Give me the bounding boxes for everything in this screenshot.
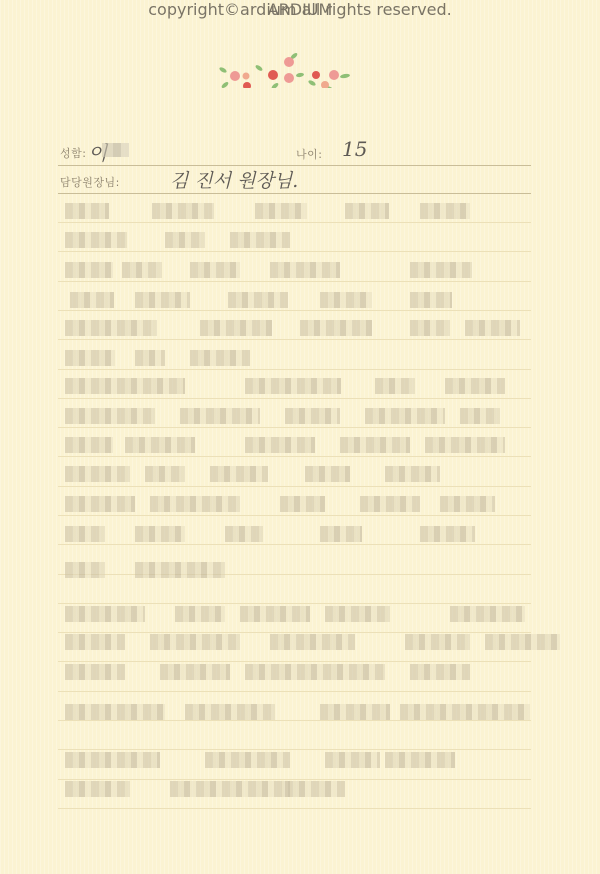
header-divider	[58, 193, 531, 194]
obscured-handwriting	[180, 408, 260, 424]
obscured-handwriting	[270, 634, 355, 650]
obscured-handwriting	[70, 292, 114, 308]
ruled-line	[58, 456, 531, 457]
name-redaction	[102, 143, 129, 157]
flower-garland-icon	[215, 48, 355, 88]
obscured-handwriting	[375, 378, 415, 394]
obscured-handwriting	[345, 203, 389, 219]
obscured-handwriting	[420, 203, 470, 219]
obscured-handwriting	[145, 466, 185, 482]
obscured-handwriting	[245, 437, 315, 453]
obscured-handwriting	[65, 232, 127, 248]
obscured-handwriting	[280, 496, 325, 512]
obscured-handwriting	[65, 704, 165, 720]
ruled-line	[58, 515, 531, 516]
obscured-handwriting	[305, 466, 350, 482]
obscured-handwriting	[185, 704, 275, 720]
obscured-handwriting	[230, 232, 290, 248]
obscured-handwriting	[65, 664, 125, 680]
obscured-handwriting	[385, 752, 455, 768]
ruled-line	[58, 427, 531, 428]
obscured-handwriting	[228, 292, 288, 308]
age-label: 나이:	[296, 146, 322, 162]
obscured-handwriting	[190, 262, 240, 278]
obscured-handwriting	[165, 232, 205, 248]
ruled-line	[58, 603, 531, 604]
obscured-handwriting	[65, 496, 135, 512]
ruled-line	[58, 486, 531, 487]
obscured-handwriting	[65, 437, 113, 453]
obscured-handwriting	[122, 262, 162, 278]
obscured-handwriting	[410, 292, 452, 308]
obscured-handwriting	[460, 408, 500, 424]
obscured-handwriting	[125, 437, 195, 453]
ruled-line	[58, 779, 531, 780]
ruled-line	[58, 544, 531, 545]
name-label: 성함:	[60, 145, 86, 161]
obscured-handwriting	[135, 526, 185, 542]
obscured-handwriting	[65, 378, 185, 394]
obscured-handwriting	[400, 704, 530, 720]
obscured-handwriting	[325, 606, 390, 622]
obscured-handwriting	[170, 781, 290, 797]
obscured-handwriting	[245, 664, 385, 680]
obscured-handwriting	[325, 752, 380, 768]
obscured-handwriting	[285, 781, 345, 797]
obscured-handwriting	[65, 350, 115, 366]
obscured-handwriting	[340, 437, 410, 453]
obscured-handwriting	[65, 466, 130, 482]
obscured-handwriting	[65, 634, 125, 650]
obscured-handwriting	[65, 320, 157, 336]
letter-page: 성함: 이 나이: 15 담당원장님: 김 진서 원장님. ARDIUM cop…	[0, 0, 600, 874]
obscured-handwriting	[410, 664, 470, 680]
obscured-handwriting	[285, 408, 340, 424]
obscured-handwriting	[270, 262, 340, 278]
obscured-handwriting	[65, 262, 113, 278]
obscured-handwriting	[440, 496, 495, 512]
obscured-handwriting	[210, 466, 268, 482]
obscured-handwriting	[320, 526, 362, 542]
obscured-handwriting	[405, 634, 470, 650]
obscured-handwriting	[450, 606, 525, 622]
obscured-handwriting	[445, 378, 505, 394]
ruled-line	[58, 808, 531, 809]
obscured-handwriting	[320, 292, 372, 308]
obscured-handwriting	[65, 526, 105, 542]
obscured-handwriting	[410, 262, 472, 278]
obscured-handwriting	[385, 466, 440, 482]
obscured-handwriting	[320, 704, 390, 720]
obscured-handwriting	[65, 781, 130, 797]
obscured-handwriting	[255, 203, 307, 219]
ruled-line	[58, 749, 531, 750]
obscured-handwriting	[190, 350, 250, 366]
obscured-handwriting	[135, 562, 225, 578]
age-value: 15	[342, 137, 367, 161]
obscured-handwriting	[360, 496, 420, 512]
director-value: 김 진서 원장님.	[170, 166, 298, 193]
obscured-handwriting	[152, 203, 214, 219]
obscured-handwriting	[200, 320, 272, 336]
obscured-handwriting	[65, 203, 109, 219]
obscured-handwriting	[225, 526, 263, 542]
ruled-line	[58, 310, 531, 311]
ruled-line	[58, 661, 531, 662]
obscured-handwriting	[150, 634, 240, 650]
obscured-handwriting	[160, 664, 230, 680]
obscured-handwriting	[485, 634, 560, 650]
obscured-handwriting	[135, 292, 190, 308]
obscured-handwriting	[135, 350, 165, 366]
ruled-line	[58, 720, 531, 721]
obscured-handwriting	[65, 562, 105, 578]
ruled-line	[58, 398, 531, 399]
ruled-line	[58, 574, 531, 575]
ruled-line	[58, 691, 531, 692]
ruled-line	[58, 632, 531, 633]
obscured-handwriting	[65, 408, 155, 424]
ruled-line	[58, 281, 531, 282]
copyright-notice: copyright©ardium all rights reserved.	[0, 0, 600, 19]
obscured-handwriting	[150, 496, 240, 512]
ruled-line	[58, 251, 531, 252]
obscured-handwriting	[240, 606, 310, 622]
ruled-line	[58, 222, 531, 223]
obscured-handwriting	[365, 408, 445, 424]
obscured-handwriting	[175, 606, 225, 622]
ruled-line	[58, 339, 531, 340]
ruled-line	[58, 369, 531, 370]
obscured-handwriting	[65, 606, 145, 622]
obscured-handwriting	[65, 752, 160, 768]
obscured-handwriting	[300, 320, 372, 336]
obscured-handwriting	[465, 320, 520, 336]
director-label: 담당원장님:	[60, 174, 120, 190]
obscured-handwriting	[420, 526, 475, 542]
obscured-handwriting	[245, 378, 341, 394]
obscured-handwriting	[425, 437, 505, 453]
obscured-handwriting	[410, 320, 450, 336]
obscured-handwriting	[205, 752, 290, 768]
